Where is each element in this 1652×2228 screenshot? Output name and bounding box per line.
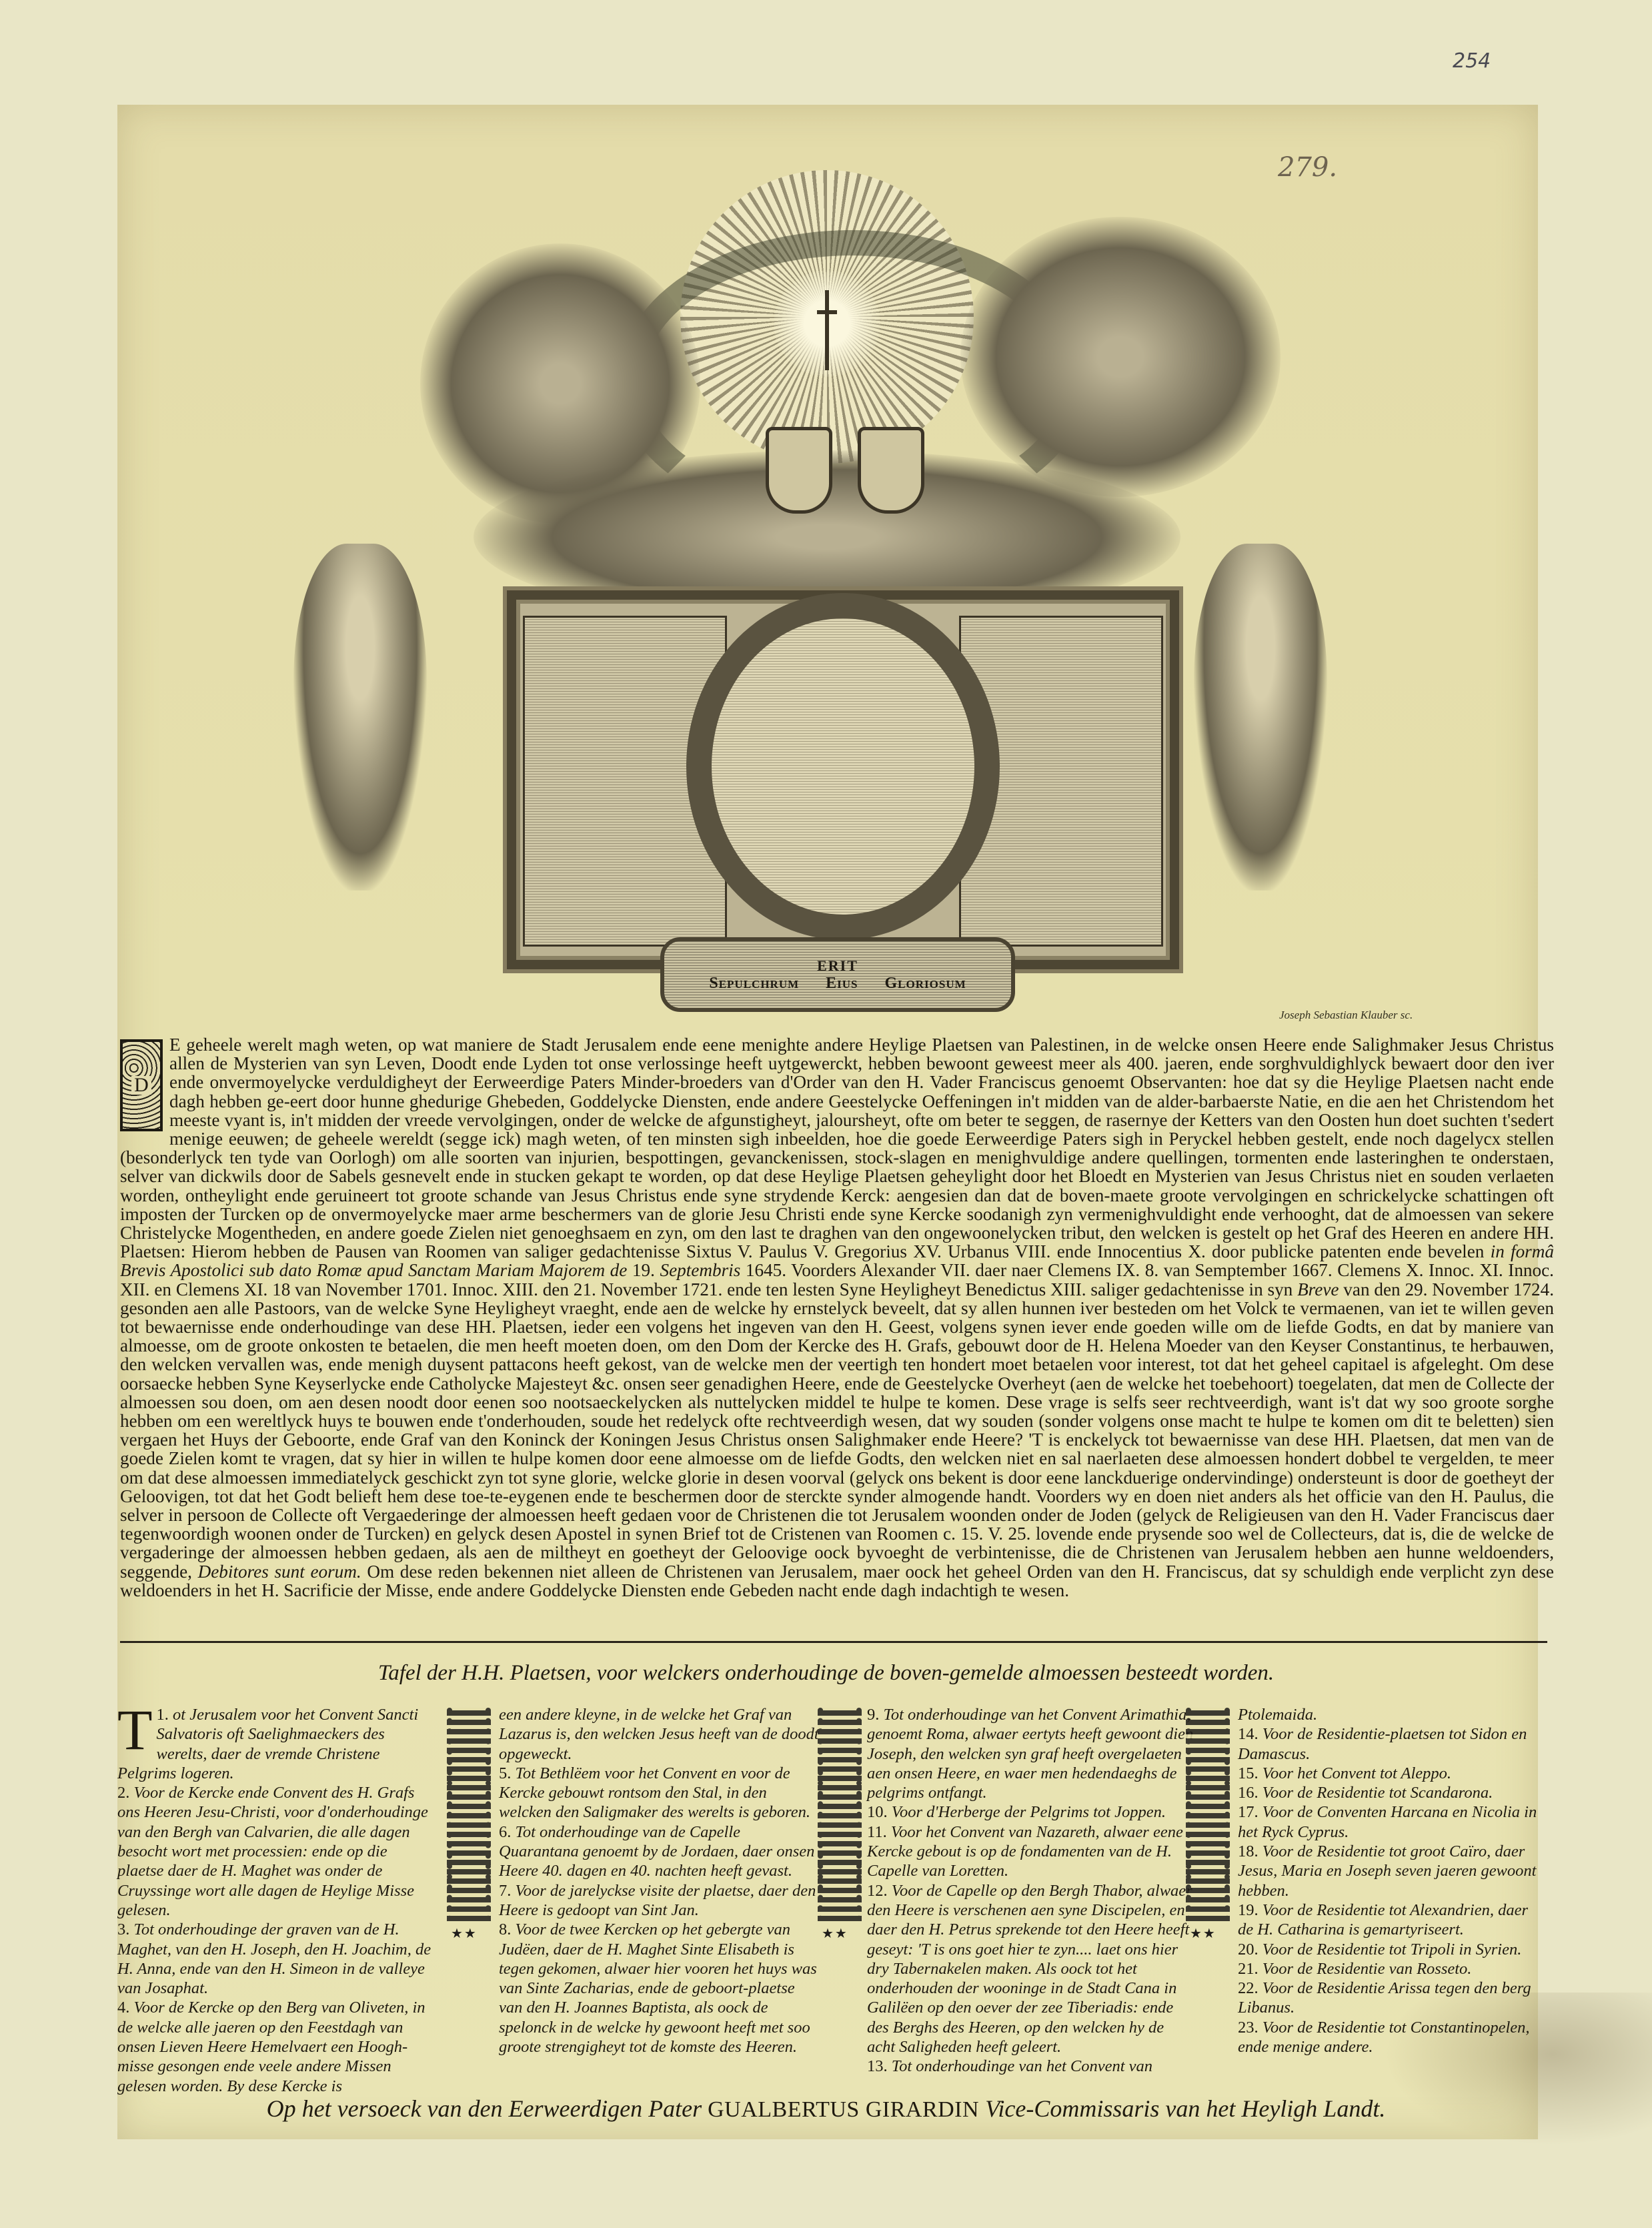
item-text: Voor de twee Kercken op het gebergte van…	[499, 1920, 817, 2056]
item-text: Voor de Residentie-plaetsen tot Sidon en…	[1238, 1725, 1527, 1762]
list-item: 23. Voor de Residentie tot Constantinope…	[1238, 2018, 1545, 2057]
list-item: 17. Voor de Conventen Harcana en Nicolia…	[1238, 1802, 1545, 1842]
item-number: 22.	[1238, 1979, 1259, 1997]
list-item: 10. Voor d'Herberge der Pelgrims tot Jop…	[867, 1802, 1194, 1822]
commissioner-name: GUALBERTUS GIRARDIN	[708, 2097, 979, 2122]
list-item: 22. Voor de Residentie Arissa tegen den …	[1238, 1979, 1545, 2018]
left-angel-with-palm	[293, 544, 427, 891]
stars-icon: ★★	[822, 1925, 848, 1942]
item-number: 17.	[1238, 1803, 1259, 1821]
item-text: Tot onderhoudinge van het Convent Arimat…	[867, 1706, 1193, 1802]
item-text: Voor de jarelyckse visite der plaetse, d…	[499, 1882, 816, 1919]
latin-phrase: Septembris	[660, 1260, 740, 1280]
right-angel-with-palm	[1194, 544, 1327, 891]
table-column-3: 9. Tot onderhoudinge van het Convent Ari…	[867, 1705, 1194, 2077]
item-text: Voor de Conventen Harcana en Nicolia in …	[1238, 1803, 1537, 1840]
holy-sepulchre-medallion	[686, 593, 1000, 940]
item-number: 1.	[157, 1706, 169, 1724]
cartouche-line-1: ERIT	[817, 957, 858, 975]
motto-cartouche: ERIT Sepulchrum Eius Gloriosum	[660, 937, 1015, 1012]
item-number: 8.	[499, 1920, 511, 1938]
right-cloud-cherubs	[960, 217, 1281, 497]
item-number: 5.	[499, 1764, 511, 1782]
footer-prefix: Op het versoeck van den Eerweerdigen Pat…	[267, 2095, 708, 2122]
item-number: 23.	[1238, 2019, 1259, 2037]
preamble-body: 19.	[627, 1260, 660, 1280]
list-item: 11. Voor het Convent van Nazareth, alwae…	[867, 1822, 1194, 1881]
list-item: 1. Tot Jerusalem voor het Convent Sancti…	[117, 1705, 438, 1783]
preamble-body: E geheele werelt magh weten, op wat mani…	[120, 1035, 1554, 1261]
list-item: 18. Voor de Residentie tot groot Caïro, …	[1238, 1842, 1545, 1900]
item-text: Voor de Capelle op den Bergh Thabor, alw…	[867, 1882, 1192, 2056]
horizontal-rule	[120, 1641, 1547, 1643]
item-text: Voor het Convent van Nazareth, alwaer ee…	[867, 1823, 1183, 1880]
item-text: Voor de Residentie tot Alexandrien, daer…	[1238, 1901, 1528, 1938]
item-number: 13.	[867, 2057, 888, 2075]
list-item: 9. Tot onderhoudinge van het Convent Ari…	[867, 1705, 1194, 1802]
imprint-footer: Op het versoeck van den Eerweerdigen Pat…	[0, 2095, 1652, 2123]
engraving-illustration: ERIT Sepulchrum Eius Gloriosum	[307, 170, 1347, 1031]
item-text: Tot onderhoudinge der graven van de H. M…	[117, 1920, 431, 1997]
ornamental-dropcap: D	[120, 1039, 163, 1131]
item-number: 6.	[499, 1823, 511, 1841]
item-text: Voor de Residentie tot groot Caïro, daer…	[1238, 1842, 1536, 1900]
item-text: Tot onderhoudinge van de Capelle Quarant…	[499, 1823, 814, 1880]
motto-word: Sepulchrum	[709, 975, 799, 993]
item-text: Voor de Residentie tot Constantinopelen,…	[1238, 2019, 1530, 2056]
motto-word: Eius	[826, 975, 858, 993]
ornamental-border-icon	[447, 1708, 491, 1921]
stars-icon: ★★	[1190, 1925, 1216, 1942]
item-number: 16.	[1238, 1784, 1259, 1802]
ornamental-border-icon	[1186, 1708, 1230, 1921]
list-item: 16. Voor de Residentie tot Scandarona.	[1238, 1783, 1545, 1802]
list-item: 19. Voor de Residentie tot Alexandrien, …	[1238, 1900, 1545, 1940]
item-number: 15.	[1238, 1764, 1259, 1782]
cross-icon	[817, 290, 837, 370]
archive-folio-number: 254	[1453, 49, 1491, 73]
item-text: een andere kleyne, in de welcke het Graf…	[499, 1706, 819, 1763]
item-text: Voor de Kercke op den Berg van Oliveten,…	[117, 1999, 426, 2095]
preamble-text: D E geheele werelt magh weten, op wat ma…	[120, 1035, 1554, 1600]
item-text: Tot Bethlëem voor het Convent en voor de…	[499, 1764, 810, 1822]
item-text: Tot onderhoudinge van het Convent van	[892, 2057, 1152, 2075]
item-number: 4.	[117, 1999, 129, 2017]
latin-phrase: Debitores sunt eorum.	[198, 1562, 361, 1582]
item-number: 19.	[1238, 1901, 1259, 1919]
tableau-frame	[507, 590, 1179, 969]
list-item: 7. Voor de jarelyckse visite der plaetse…	[499, 1881, 819, 1920]
list-item: Ptolemaida.	[1238, 1705, 1545, 1724]
item-number: 12.	[867, 1882, 888, 1900]
item-text: Voor de Residentie tot Scandarona.	[1263, 1784, 1493, 1802]
item-number: 10.	[867, 1803, 888, 1821]
item-text: Voor het Convent tot Aleppo.	[1263, 1764, 1451, 1782]
list-item: 14. Voor de Residentie-plaetsen tot Sido…	[1238, 1724, 1545, 1764]
list-item: 2. Voor de Kercke ende Convent des H. Gr…	[117, 1783, 438, 1920]
item-number: 11.	[867, 1823, 887, 1841]
item-text: Voor d'Herberge der Pelgrims tot Joppen.	[892, 1803, 1166, 1821]
dropcap-letter: T	[117, 1706, 153, 1753]
list-item: 6. Tot onderhoudinge van de Capelle Quar…	[499, 1822, 819, 1881]
table-title: Tafel der H.H. Plaetsen, voor welckers o…	[0, 1661, 1652, 1686]
item-text: Ptolemaida.	[1238, 1706, 1317, 1724]
item-number: 2.	[117, 1784, 129, 1802]
list-item: 12. Voor de Capelle op den Bergh Thabor,…	[867, 1881, 1194, 2057]
table-column-1: 1. Tot Jerusalem voor het Convent Sancti…	[117, 1705, 438, 2096]
footer-suffix: Vice-Commissaris van het Heyligh Landt.	[979, 2095, 1385, 2122]
item-text: Voor de Residentie Arissa tegen den berg…	[1238, 1979, 1531, 2017]
list-item: 4. Voor de Kercke op den Berg van Olivet…	[117, 1998, 438, 2095]
franciscan-shield-icon	[858, 427, 924, 514]
list-item: 15. Voor het Convent tot Aleppo.	[1238, 1764, 1545, 1783]
list-item: 5. Tot Bethlëem voor het Convent en voor…	[499, 1764, 819, 1822]
item-text: Voor de Residentie van Rosseto.	[1263, 1960, 1472, 1978]
list-item: 13. Tot onderhoudinge van het Convent va…	[867, 2057, 1194, 2076]
ornamental-border-icon	[818, 1708, 862, 1921]
table-column-2: een andere kleyne, in de welcke het Graf…	[499, 1705, 819, 2057]
preamble-body: van den 29. November 1724. gesonden aen …	[120, 1279, 1554, 1582]
list-item: 8. Voor de twee Kercken op het gebergte …	[499, 1920, 819, 2057]
list-item: 21. Voor de Residentie van Rosseto.	[1238, 1959, 1545, 1979]
list-item: 20. Voor de Residentie tot Tripoli in Sy…	[1238, 1940, 1545, 1959]
table-column-4: Ptolemaida. 14. Voor de Residentie-plaet…	[1238, 1705, 1545, 2057]
stars-icon: ★★	[451, 1925, 478, 1942]
item-number: 18.	[1238, 1842, 1259, 1860]
dropcap-letter: D	[131, 1076, 151, 1095]
item-number: 3.	[117, 1920, 129, 1938]
item-number: 20.	[1238, 1940, 1259, 1959]
item-number: 14.	[1238, 1725, 1259, 1743]
list-item: 3. Tot onderhoudinge der graven van de H…	[117, 1920, 438, 1998]
jerusalem-cross-shield-icon	[766, 427, 832, 514]
latin-phrase: Breve	[1297, 1279, 1339, 1299]
motto-word: Gloriosum	[885, 975, 966, 993]
item-number: 21.	[1238, 1960, 1259, 1978]
item-text: Voor de Residentie tot Tripoli in Syrien…	[1263, 1940, 1522, 1959]
item-number: 7.	[499, 1882, 511, 1900]
cartouche-motto: Sepulchrum Eius Gloriosum	[709, 975, 966, 993]
list-item: een andere kleyne, in de welcke het Graf…	[499, 1705, 819, 1764]
engraver-signature: Joseph Sebastian Klauber sc.	[1279, 1009, 1413, 1022]
item-text: Voor de Kercke ende Convent des H. Grafs…	[117, 1784, 428, 1919]
item-number: 9.	[867, 1706, 879, 1724]
